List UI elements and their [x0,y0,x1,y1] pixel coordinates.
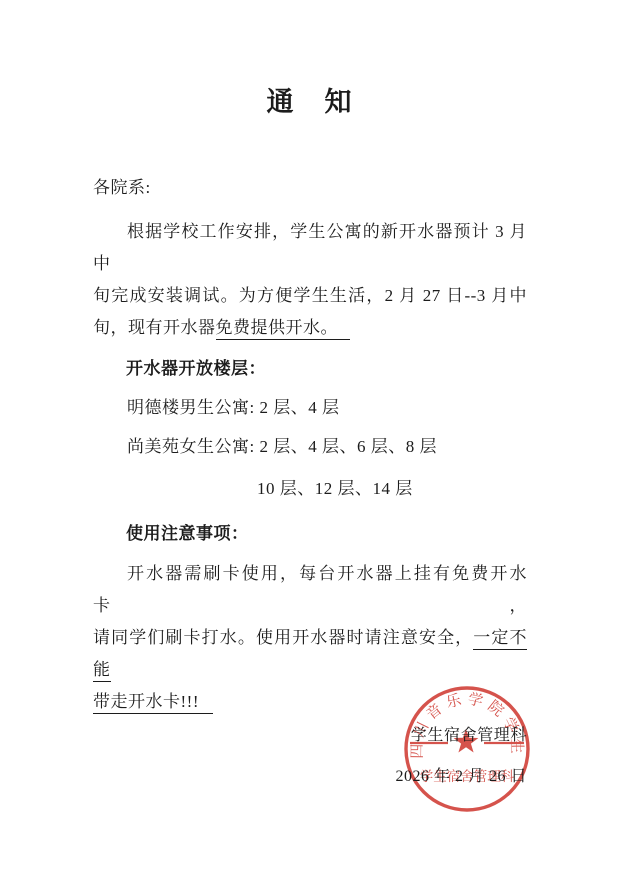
official-stamp: 四川音乐学院学生 学生宿舍管理科 [399,681,535,817]
signature-department: 学生宿舍管理科 [411,722,527,745]
floor-line-female: 尚美苑女生公寓: 2 层、4 层、6 层、8 层 [127,431,527,463]
floor-line-female-continued: 10 层、12 层、14 层 [257,473,527,505]
paragraph-line: 根据学校工作安排，学生公寓的新开水器预计 3 月中 [93,216,527,280]
paragraph-line: 旬完成安装调试。为方便学生生活，2 月 27 日--3 月中 [93,280,527,312]
paragraph-line: 旬，现有开水器免费提供开水。 [93,312,527,344]
underline-emphasis: 免费提供开水。 [216,318,351,340]
floor-line-male: 明德楼男生公寓: 2 层、4 层 [127,392,527,424]
section-heading-notes: 使用注意事项： [126,518,527,550]
paragraph-line: 请同学们刷卡打水。使用开水器时请注意安全，一定不能 [93,622,527,686]
paragraph-text: 旬，现有开水器 [93,318,216,337]
notice-document: 通 知 各院系: 根据学校工作安排，学生公寓的新开水器预计 3 月中 旬完成安装… [0,0,620,878]
document-body: 各院系: 根据学校工作安排，学生公寓的新开水器预计 3 月中 旬完成安装调试。为… [93,172,527,718]
paragraph-line: 开水器需刷卡使用，每台开水器上挂有免费开水卡， [93,558,527,622]
signature-date: 2026 年 2 月 26 日 [395,763,527,786]
page-title: 通 知 [0,80,620,119]
paragraph-intro: 根据学校工作安排，学生公寓的新开水器预计 3 月中 旬完成安装调试。为方便学生生… [93,216,527,344]
paragraph-text: 请同学们刷卡打水。使用开水器时请注意安全， [93,628,473,647]
greeting: 各院系: [93,172,527,204]
underline-emphasis: 带走开水卡!!! [93,692,213,714]
section-heading-floors: 开水器开放楼层： [126,353,527,385]
